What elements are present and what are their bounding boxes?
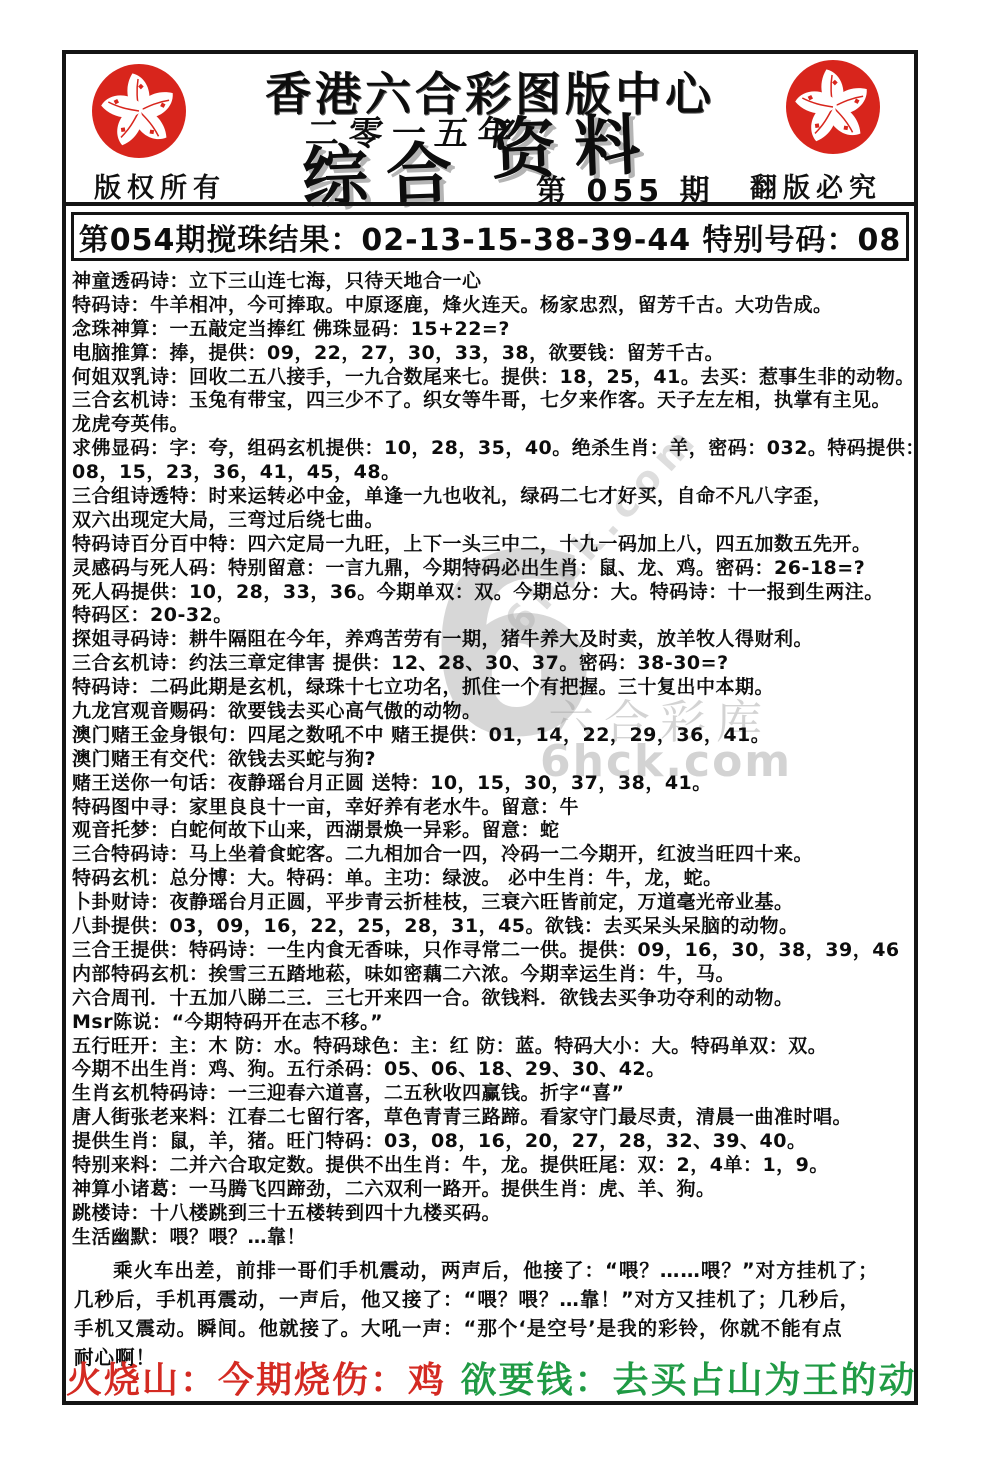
tip-line: 今期不出生肖：鸡、狗。五行杀码：05、06、18、29、30、42。: [72, 1058, 914, 1082]
humor-line: 几秒后，手机再震动，一声后，他又接了：“喂？喂？…靠！”对方又挂机了；几秒后，: [74, 1285, 912, 1314]
outer-frame: 6 6hck.com 六合彩库 6hck.com 香港六合彩图版中心 二零一五年…: [62, 50, 918, 1405]
tips-list: 神童透码诗：立下三山连七海，只待天地合一心特码诗：牛羊相冲，今可捧取。中原逐鹿，…: [72, 270, 914, 1250]
tip-line: 澳门赌王金身银句：四尾之数吼不中 赌王提供：01，14，22，29，36，41。: [72, 724, 914, 748]
tip-line: 跳楼诗：十八楼跳到三十五楼转到四十九楼买码。: [72, 1202, 914, 1226]
tip-line: 三合组诗透特：时来运转必中金，单逢一九也收礼，绿码二七才好买，自命不凡八字歪，: [72, 485, 914, 509]
humor-line: 手机又震动。瞬间。他就接了。大吼一声：“那个‘是空号’是我的彩铃，你就不能有点: [74, 1314, 912, 1343]
tip-line: 特别来料：二并六合取定数。提供不出生肖：牛，龙。提供旺尾：双：2，4单：1，9。: [72, 1154, 914, 1178]
copyright-left-label: 版权所有: [94, 166, 226, 205]
tip-line: 三合王提供：特码诗：一生内食无香味，只作寻常二一供。提供：09，16，30，38…: [72, 939, 914, 963]
tip-line: 赌王送你一句话：夜静瑶台月正圆 送特：10，15，30，37，38，41。: [72, 772, 914, 796]
tip-line: 08，15，23，36，41，45，48。: [72, 461, 914, 485]
bauhinia-emblem-icon: [786, 60, 880, 154]
tip-line: 九龙宫观音赐码：欲要钱去买心高气傲的动物。: [72, 700, 914, 724]
tip-line: 三合玄机诗：玉兔有带宝，四三少不了。织女等牛哥，七夕来作客。天子左左相，执掌有主…: [72, 389, 914, 413]
draw-result-text: 第054期搅珠结果：02-13-15-38-39-44 特别号码：08: [79, 215, 902, 259]
tip-line: 三合特码诗：马上坐着食蛇客。二九相加合一四，冷码一二今期开，红波当旺四十来。: [72, 843, 914, 867]
tip-line: 生活幽默：喂？喂？…靠！: [72, 1226, 914, 1250]
tip-line: 死人码提供：10，28，33，36。今期单双：双。今期总分：大。特码诗：十一报到…: [72, 581, 914, 605]
tip-line: 八卦提供：03，09，16，22，25，28，31，45。欲钱：去买呆头呆脑的动…: [72, 915, 914, 939]
tip-line: 灵感码与死人码：特别留意：一言九鼎，今期特码必出生肖：鼠、龙、鸡。密码：26-1…: [72, 557, 914, 581]
tip-line: 神童透码诗：立下三山连七海，只待天地合一心: [72, 270, 914, 294]
tip-line: 特码区：20-32。: [72, 604, 914, 628]
tip-line: 三合玄机诗：约法三章定律害 提供：12、28、30、37。密码：38-30=?: [72, 652, 914, 676]
tip-line: 特码诗：二码此期是玄机，绿珠十七立功名，抓住一个有把握。三十复出中本期。: [72, 676, 914, 700]
tip-line: 内部特码玄机：挨雪三五踏地菘，味如密藕二六浓。今期幸运生肖：牛，马。: [72, 963, 914, 987]
tip-line: 念珠神算：一五敲定当捧红 佛珠显码：15+22=?: [72, 318, 914, 342]
tip-line: 探姐寻码诗：耕牛隔阻在今年，养鸡苦劳有一期，猪牛养大及时卖，放羊牧人得财利。: [72, 628, 914, 652]
tip-line: 五行旺开：主：木 防：水。特码球色：主：红 防：蓝。特码大小：大。特码单双：双。: [72, 1035, 914, 1059]
tip-line: 何姐双乳诗：回收二五八接手，一九合数尾来七。提供：18，25，41。去买：惹事生…: [72, 366, 914, 390]
copyright-right-label: 翻版必究: [750, 166, 882, 205]
footer-red-text: 火烧山：今期烧伤：鸡: [66, 1360, 446, 1401]
draw-result-box: 第054期搅珠结果：02-13-15-38-39-44 特别号码：08: [71, 212, 909, 261]
tip-line: 特码诗：牛羊相冲，今可捧取。中原逐鹿，烽火连天。杨家忠烈，留芳千古。大功告成。: [72, 294, 914, 318]
tip-line: 卜卦财诗：夜静瑶台月正圆，平步青云折桂枝，三衰六旺皆前定，万道毫光帝业基。: [72, 891, 914, 915]
tip-line: 特码诗百分百中特：四六定局一九旺，上下一头三中二，十九一码加上八，四五加数五先开…: [72, 533, 914, 557]
footer-hint-line: 火烧山：今期烧伤：鸡 欲要钱：去买占山为王的动物: [66, 1352, 914, 1403]
tip-line: 六合周刊．十五加八睇二三．三七开来四一合。欲钱料．欲钱去买争功夺利的动物。: [72, 987, 914, 1011]
bauhinia-emblem-icon: [92, 64, 186, 158]
tip-line: 生肖玄机特码诗：一三迎春六道喜，二五秋收四赢钱。折字“喜”: [72, 1082, 914, 1106]
humor-line: 乘火车出差，前排一哥们手机震动，两声后，他接了：“喂？……喂？”对方挂机了；: [74, 1256, 912, 1285]
tip-line: 神算小诸葛：一马腾飞四蹄劲，二六双利一路开。提供生肖：虎、羊、狗。: [72, 1178, 914, 1202]
lottery-info-sheet: 6 6hck.com 六合彩库 6hck.com 香港六合彩图版中心 二零一五年…: [0, 0, 984, 1457]
tip-line: 观音托梦：白蛇何故下山来，西湖景焕一异彩。留意：蛇: [72, 819, 914, 843]
tip-line: 特码图中寻：家里良良十一亩，幸好养有老水牛。留意：牛: [72, 796, 914, 820]
tip-line: Msr陈说：“今期特码开在志不移。”: [72, 1011, 914, 1035]
tip-line: 双六出现定大局，三弯过后绕七曲。: [72, 509, 914, 533]
header-divider: [66, 202, 914, 206]
footer-green-text: 欲要钱：去买占山为王的动物: [446, 1360, 918, 1401]
tip-line: 龙虎夸英伟。: [72, 413, 914, 437]
tip-line: 澳门赌王有交代：欲钱去买蛇与狗?: [72, 748, 914, 772]
tip-line: 唐人街张老来料：江春二七留行客，草色青青三路蹄。看家守门最尽责，清晨一曲准时唱。: [72, 1106, 914, 1130]
tip-line: 电脑推算：捧，提供：09，22，27，30，33，38，欲要钱：留芳千古。: [72, 342, 914, 366]
tip-line: 特码玄机：总分博：大。特码：单。主功：绿波。 必中生肖：牛，龙，蛇。: [72, 867, 914, 891]
tip-line: 提供生肖：鼠，羊，猪。旺门特码：03，08，16，20，27，28，32、39、…: [72, 1130, 914, 1154]
tip-line: 求佛显码：字：夸，组码玄机提供：10，28，35，40。绝杀生肖：羊，密码：03…: [72, 437, 914, 461]
